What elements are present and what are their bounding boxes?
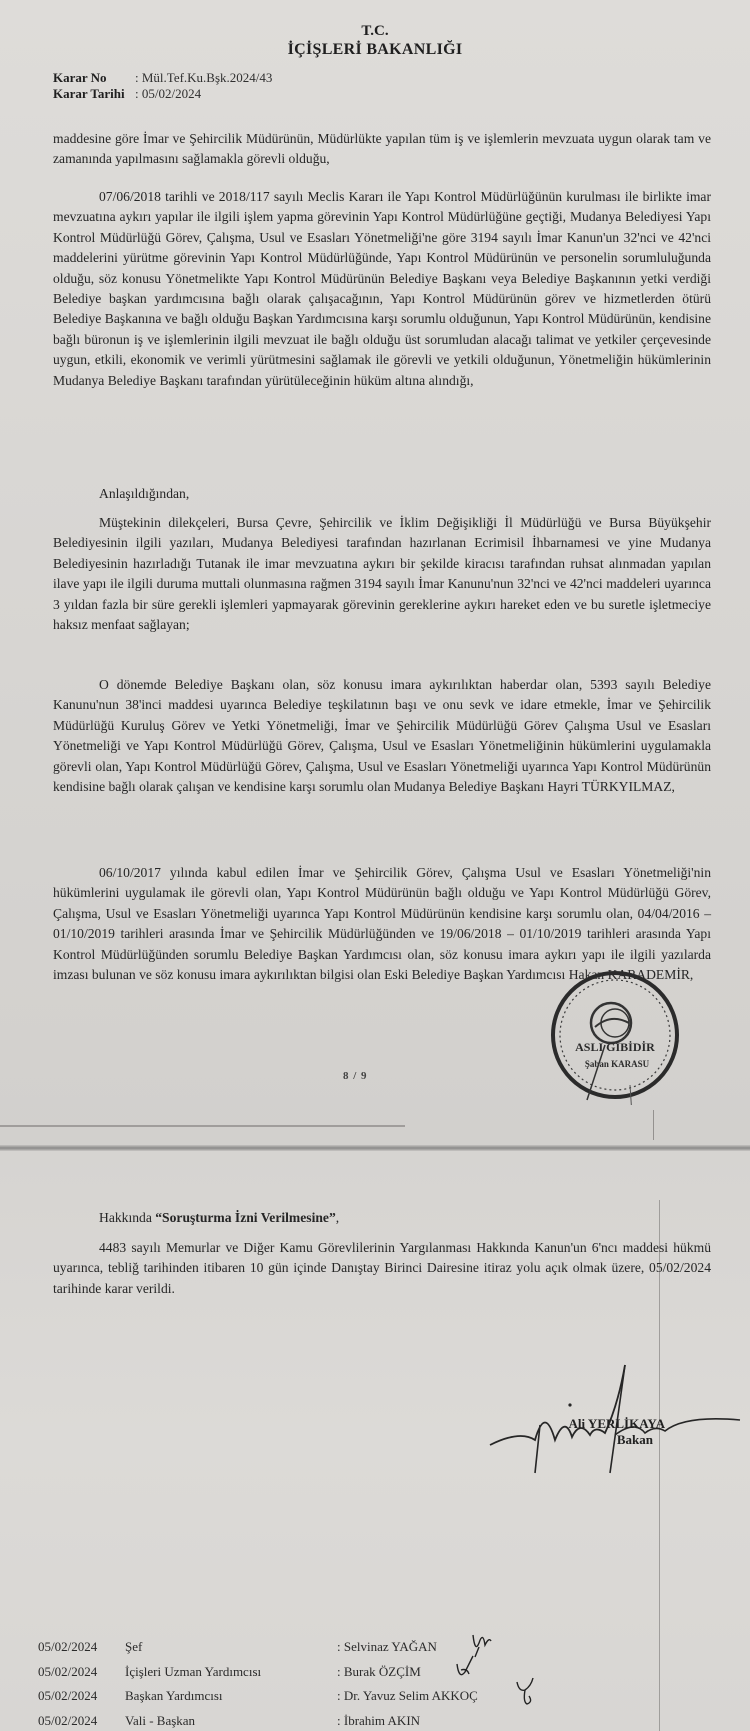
paragraph-4: Müştekinin dilekçeleri, Bursa Çevre, Şeh… [53,513,711,635]
minister-title: Bakan [530,1432,665,1448]
paragraph-5: O dönemde Belediye Başkanı olan, söz kon… [53,675,711,797]
decision-date-row: Karar Tarihi : 05/02/2024 [53,86,272,102]
margin-line-top [653,1110,654,1140]
approval-name-text: : Dr. Yavuz Selim AKKOÇ [337,1688,478,1703]
approval-name: : İbrahim AKIN [337,1709,420,1731]
decision-emphasis: “Soruşturma İzni Verilmesine” [155,1210,336,1225]
document-header: T.C. İÇİŞLERİ BAKANLIĞI [0,22,750,60]
svg-text:ASLI GİBİDİR: ASLI GİBİDİR [575,1040,655,1054]
decision-number-row: Karar No : Mül.Tef.Ku.Bşk.2024/43 [53,70,272,86]
minister-name: Ali YERLİKAYA [530,1416,665,1432]
decision-date-label: Karar Tarihi [53,86,135,102]
decision-date-value: : 05/02/2024 [135,86,201,102]
decision-number-label: Karar No [53,70,135,86]
minister-block: Ali YERLİKAYA Bakan [530,1416,665,1448]
appeal-text: 4483 sayılı Memurlar ve Diğer Kamu Görev… [53,1238,711,1299]
ministry-heading: İÇİŞLERİ BAKANLIĞI [0,40,750,60]
minister-signature-icon [440,1345,750,1475]
paragraph-text: maddesine göre İmar ve Şehircilik Müdürü… [53,129,711,170]
approval-role: Şef [125,1635,337,1660]
approval-role: Vali - Başkan [125,1709,337,1731]
approval-name: : Selvinaz YAĞAN [337,1635,437,1660]
decision-prefix: Hakkında [99,1210,155,1225]
approval-name-text: : Burak ÖZÇİM [337,1664,421,1679]
paragraph-2: 07/06/2018 tarihli ve 2018/117 sayılı Me… [53,187,711,391]
approval-row: 05/02/2024 Şef : Selvinaz YAĞAN [38,1635,478,1660]
paragraph-text: O dönemde Belediye Başkanı olan, söz kon… [53,675,711,797]
decision-statement: Hakkında “Soruşturma İzni Verilmesine”, [53,1208,711,1228]
decision-number-value: : Mül.Tef.Ku.Bşk.2024/43 [135,70,272,86]
initials-signature-icon [513,1674,539,1708]
official-stamp-icon: ASLI GİBİDİR Şaban KARASU [545,965,685,1105]
paragraph-1: maddesine göre İmar ve Şehircilik Müdürü… [53,129,711,170]
decision-line: Hakkında “Soruşturma İzni Verilmesine”, [53,1208,711,1228]
approval-date: 05/02/2024 [38,1709,125,1731]
approval-date: 05/02/2024 [38,1635,125,1660]
approval-name: : Dr. Yavuz Selim AKKOÇ [337,1684,478,1709]
paragraph-text: Anlaşıldığından, [53,484,711,504]
page-number: 8 / 9 [343,1070,368,1082]
approval-name-text: : İbrahim AKIN [337,1713,420,1728]
approval-date: 05/02/2024 [38,1660,125,1685]
svg-text:Şaban KARASU: Şaban KARASU [585,1059,650,1069]
appeal-paragraph: 4483 sayılı Memurlar ve Diğer Kamu Görev… [53,1238,711,1299]
approval-row: 05/02/2024 Vali - Başkan : İbrahim AKIN [38,1709,478,1731]
page-footer-rule [0,1125,405,1127]
paragraph-3: Anlaşıldığından, [53,484,711,504]
approval-role: Başkan Yardımcısı [125,1684,337,1709]
approval-row: 05/02/2024 İçişleri Uzman Yardımcısı : B… [38,1660,478,1685]
page-separator [0,1145,750,1151]
paragraph-text: 07/06/2018 tarihli ve 2018/117 sayılı Me… [53,187,711,391]
approval-name-text: : Selvinaz YAĞAN [337,1639,437,1654]
decision-meta: Karar No : Mül.Tef.Ku.Bşk.2024/43 Karar … [53,70,272,102]
approval-role: İçişleri Uzman Yardımcısı [125,1660,337,1685]
initials-signature-icon [453,1654,477,1682]
paragraph-text: Müştekinin dilekçeleri, Bursa Çevre, Şeh… [53,513,711,635]
decision-suffix: , [336,1210,339,1225]
approval-row: 05/02/2024 Başkan Yardımcısı : Dr. Yavuz… [38,1684,478,1709]
approval-list: 05/02/2024 Şef : Selvinaz YAĞAN 05/02/20… [38,1635,478,1731]
approval-date: 05/02/2024 [38,1684,125,1709]
approval-name: : Burak ÖZÇİM [337,1660,421,1685]
state-heading: T.C. [0,22,750,40]
